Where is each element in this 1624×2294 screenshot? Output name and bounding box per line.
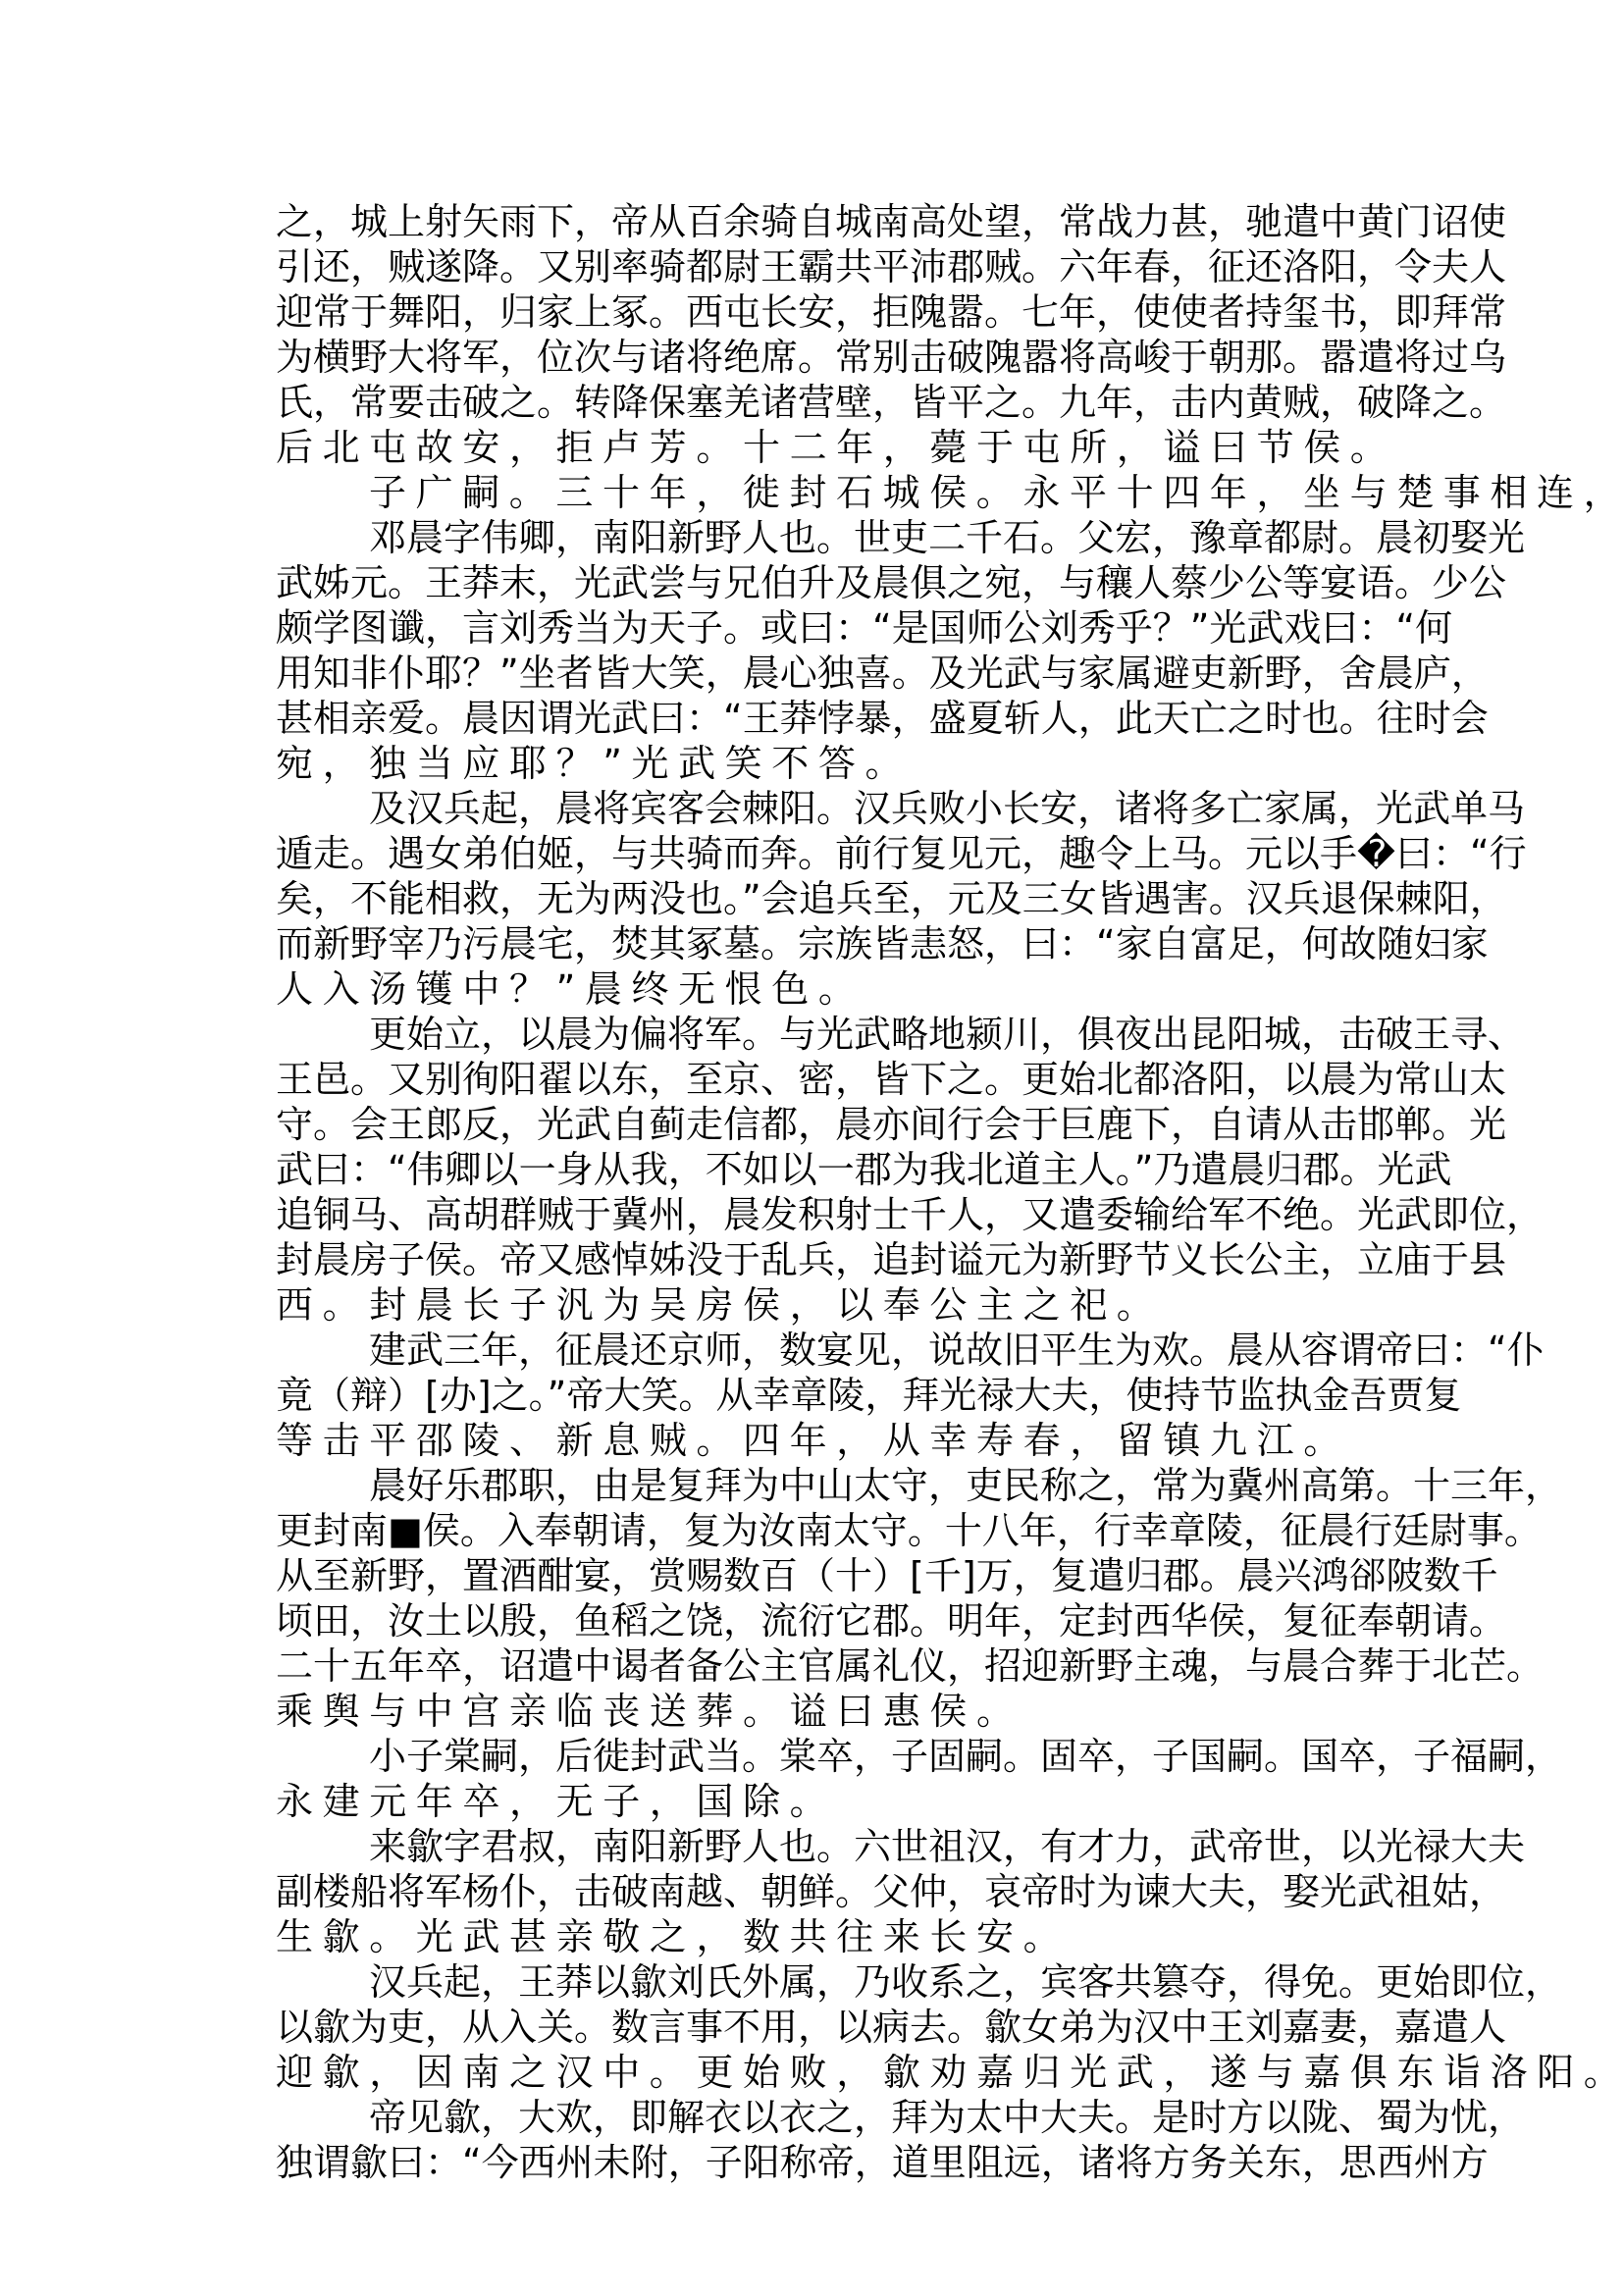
document-page: 之，城上射矢雨下，帝从百余骑自城南高处望，常战力甚，驰遣中黄门诏使引还，贼遂降。… (276, 199, 1351, 2185)
paragraph-first-line: 帝见歙，大欢，即解衣以衣之，拜为太中大夫。是时方以陇、蜀为忧， (276, 2095, 1351, 2140)
text-line: 封晨房子侯。帝又感悼姊没于乱兵，追封谥元为新野节义长公主，立庙于县 (276, 1237, 1351, 1282)
text-line: 武姊元。王莽末，光武尝与兄伯升及晨俱之宛，与穰人蔡少公等宴语。少公 (276, 560, 1351, 605)
paragraph-first-line: 子广嗣。三十年，徙封石城侯。永平十四年，坐与楚事相连，国除。 (276, 470, 1351, 515)
text-line: 氏，常要击破之。转降保塞羌诸营壁，皆平之。九年，击内黄贼，破降之。 (276, 380, 1351, 425)
text-line: 迎常于舞阳，归家上冢。西屯长安，拒隗嚣。七年，使使者持玺书，即拜常 (276, 289, 1351, 335)
text-line: 副楼船将军杨仆，击破南越、朝鲜。父仲，哀帝时为谏大夫，娶光武祖姑， (276, 1869, 1351, 1914)
text-line: 矣，不能相救，无为两没也。”会追兵至，元及三女皆遇害。汉兵退保棘阳， (276, 876, 1351, 921)
text-line: 颇学图谶，言刘秀当为天子。或曰：“是国师公刘秀乎？”光武戏曰：“何 (276, 605, 1351, 651)
paragraph-first-line: 来歙字君叔，南阳新野人也。六世祖汉，有才力，武帝世，以光禄大夫 (276, 1824, 1351, 1869)
text-line: 更封南■侯。入奉朝请，复为汝南太守。十八年，行幸章陵，征晨行廷尉事。 (276, 1508, 1351, 1553)
text-line: 顷田，汝土以殷，鱼稻之饶，流衍它郡。明年，定封西华侯，复征奉朝请。 (276, 1598, 1351, 1643)
text-line: 为横野大将军，位次与诸将绝席。常别击破隗嚣将高峻于朝那。嚣遣将过乌 (276, 335, 1351, 380)
paragraph-first-line: 晨好乐郡职，由是复拜为中山太守，吏民称之，常为冀州高第。十三年， (276, 1463, 1351, 1508)
text-line: 二十五年卒，诏遣中谒者备公主官属礼仪，招迎新野主魂，与晨合葬于北芒。 (276, 1643, 1351, 1689)
text-line: 竟（辩）[办]之。”帝大笑。从幸章陵，拜光禄大夫，使持节监执金吾贾复 (276, 1373, 1351, 1418)
paragraph-first-line: 小子棠嗣，后徙封武当。棠卒，子固嗣。固卒，子国嗣。国卒，子福嗣， (276, 1734, 1351, 1779)
text-line: 而新野宰乃污晨宅，焚其冢墓。宗族皆恚怒，曰：“家自富足，何故随妇家 (276, 921, 1351, 966)
text-line: 遁走。遇女弟伯姬，与共骑而奔。前行复见元，趣令上马。元以手�曰：“行 (276, 831, 1351, 876)
text-line: 追铜马、高胡群贼于冀州，晨发积射士千人，又遣委输给军不绝。光武即位， (276, 1192, 1351, 1237)
text-line: 从至新野，置酒酣宴，赏赐数百（十）[千]万，复遣归郡。晨兴鸿郤陂数千 (276, 1553, 1351, 1598)
text-line: 甚相亲爱。晨因谓光武曰：“王莽悖暴，盛夏斩人，此天亡之时也。往时会 (276, 696, 1351, 741)
paragraph-first-line: 汉兵起，王莽以歙刘氏外属，乃收系之，宾客共篡夺，得免。更始即位， (276, 1959, 1351, 2005)
text-line: 西。封晨长子汎为吴房侯，以奉公主之祀。 (276, 1282, 1351, 1328)
text-line: 守。会王郎反，光武自蓟走信都，晨亦间行会于巨鹿下，自请从击邯郸。光 (276, 1102, 1351, 1147)
text-line: 后北屯故安，拒卢芳。十二年，薨于屯所，谥曰节侯。 (276, 425, 1351, 470)
paragraph-first-line: 邓晨字伟卿，南阳新野人也。世吏二千石。父宏，豫章都尉。晨初娶光 (276, 515, 1351, 560)
text-line: 永建元年卒，无子，国除。 (276, 1779, 1351, 1824)
text-line: 人入汤镬中？”晨终无恨色。 (276, 966, 1351, 1012)
text-line: 生歙。光武甚亲敬之，数共往来长安。 (276, 1914, 1351, 1959)
paragraph-first-line: 及汉兵起，晨将宾客会棘阳。汉兵败小长安，诸将多亡家属，光武单马 (276, 786, 1351, 831)
text-line: 迎歙，因南之汉中。更始败，歙劝嘉归光武，遂与嘉俱东诣洛阳。 (276, 2050, 1351, 2095)
paragraph-first-line: 建武三年，征晨还京师，数宴见，说故旧平生为欢。晨从容谓帝曰：“仆 (276, 1328, 1351, 1373)
text-line: 乘舆与中宫亲临丧送葬。谥曰惠侯。 (276, 1689, 1351, 1734)
text-line: 等击平邵陵、新息贼。四年，从幸寿春，留镇九江。 (276, 1418, 1351, 1463)
text-line: 王邑。又别徇阳翟以东，至京、密，皆下之。更始北都洛阳，以晨为常山太 (276, 1057, 1351, 1102)
text-line: 宛，独当应耶？”光武笑不答。 (276, 741, 1351, 786)
paragraph-first-line: 更始立，以晨为偏将军。与光武略地颍川，俱夜出昆阳城，击破王寻、 (276, 1012, 1351, 1057)
text-line: 武曰：“伟卿以一身从我，不如以一郡为我北道主人。”乃遣晨归郡。光武 (276, 1147, 1351, 1192)
text-line: 之，城上射矢雨下，帝从百余骑自城南高处望，常战力甚，驰遣中黄门诏使 (276, 199, 1351, 244)
text-line: 引还，贼遂降。又别率骑都尉王霸共平沛郡贼。六年春，征还洛阳，令夫人 (276, 244, 1351, 289)
text-line: 独谓歙曰：“今西州未附，子阳称帝，道里阻远，诸将方务关东，思西州方 (276, 2140, 1351, 2185)
text-line: 用知非仆耶？”坐者皆大笑，晨心独喜。及光武与家属避吏新野，舍晨庐， (276, 651, 1351, 696)
text-line: 以歙为吏，从入关。数言事不用，以病去。歙女弟为汉中王刘嘉妻，嘉遣人 (276, 2005, 1351, 2050)
